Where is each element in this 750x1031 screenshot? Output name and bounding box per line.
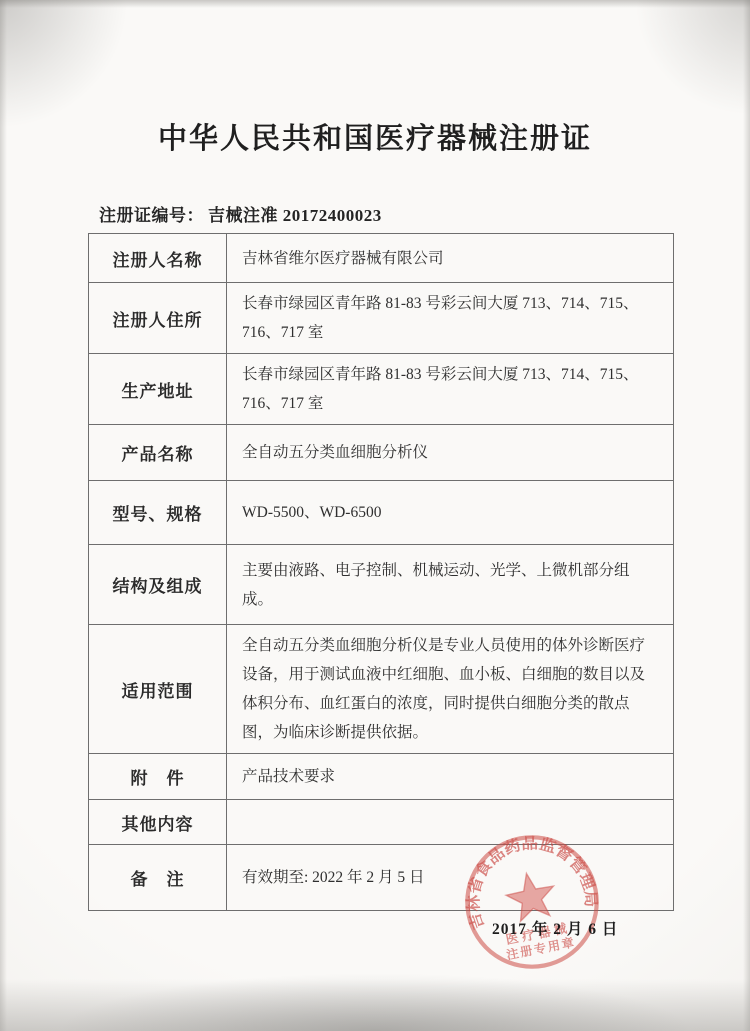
certificate-number-line: 注册证编号：吉械注准 20172400023 — [99, 201, 382, 226]
official-seal-stamp: 吉林省食品药品监督管理局 医疗器械 注册专用章 — [444, 814, 620, 990]
row-label: 附 件 — [89, 754, 227, 800]
star-icon — [503, 869, 559, 923]
table-row: 注册人住所 长春市绿园区青年路 81-83 号彩云间大厦 713、714、715… — [89, 283, 674, 354]
certificate-table: 注册人名称 吉林省维尔医疗器械有限公司 注册人住所 长春市绿园区青年路 81-8… — [88, 233, 674, 911]
row-value: 产品技术要求 — [227, 754, 674, 800]
row-label: 适用范围 — [89, 625, 227, 754]
row-value: 吉林省维尔医疗器械有限公司 — [227, 234, 674, 283]
table-row: 生产地址 长春市绿园区青年路 81-83 号彩云间大厦 713、714、715、… — [89, 354, 674, 425]
row-label: 生产地址 — [89, 354, 227, 425]
row-label: 备 注 — [89, 845, 227, 911]
table-row: 结构及组成 主要由液路、电子控制、机械运动、光学、上微机部分组成。 — [89, 545, 674, 625]
row-value: WD-5500、WD-6500 — [227, 481, 674, 545]
table-row: 注册人名称 吉林省维尔医疗器械有限公司 — [89, 234, 674, 283]
row-label: 其他内容 — [89, 800, 227, 845]
scan-edge-top — [0, 0, 750, 8]
row-value: 主要由液路、电子控制、机械运动、光学、上微机部分组成。 — [227, 545, 674, 625]
certificate-page: 中华人民共和国医疗器械注册证 注册证编号：吉械注准 20172400023 注册… — [0, 0, 750, 1031]
table-row: 型号、规格 WD-5500、WD-6500 — [89, 481, 674, 545]
row-label: 型号、规格 — [89, 481, 227, 545]
scan-edge-bottom — [0, 979, 750, 1031]
row-label: 产品名称 — [89, 425, 227, 481]
row-value: 全自动五分类血细胞分析仪 — [227, 425, 674, 481]
table-row: 附 件 产品技术要求 — [89, 754, 674, 800]
row-value — [227, 800, 674, 845]
certificate-table-body: 注册人名称 吉林省维尔医疗器械有限公司 注册人住所 长春市绿园区青年路 81-8… — [89, 234, 674, 911]
table-row: 适用范围 全自动五分类血细胞分析仪是专业人员使用的体外诊断医疗设备，用于测试血液… — [89, 625, 674, 754]
row-label: 注册人住所 — [89, 283, 227, 354]
row-label: 结构及组成 — [89, 545, 227, 625]
row-value: 长春市绿园区青年路 81-83 号彩云间大厦 713、714、715、716、7… — [227, 283, 674, 354]
certificate-number-label: 注册证编号： — [99, 206, 204, 225]
row-value: 全自动五分类血细胞分析仪是专业人员使用的体外诊断医疗设备，用于测试血液中红细胞、… — [227, 625, 674, 754]
table-row: 产品名称 全自动五分类血细胞分析仪 — [89, 425, 674, 481]
row-value: 长春市绿园区青年路 81-83 号彩云间大厦 713、714、715、716、7… — [227, 354, 674, 425]
issue-date: 2017 年 2 月 6 日 — [492, 917, 618, 939]
row-label: 注册人名称 — [89, 234, 227, 283]
certificate-number-value: 吉械注准 20172400023 — [204, 206, 382, 225]
document-title: 中华人民共和国医疗器械注册证 — [0, 116, 750, 157]
